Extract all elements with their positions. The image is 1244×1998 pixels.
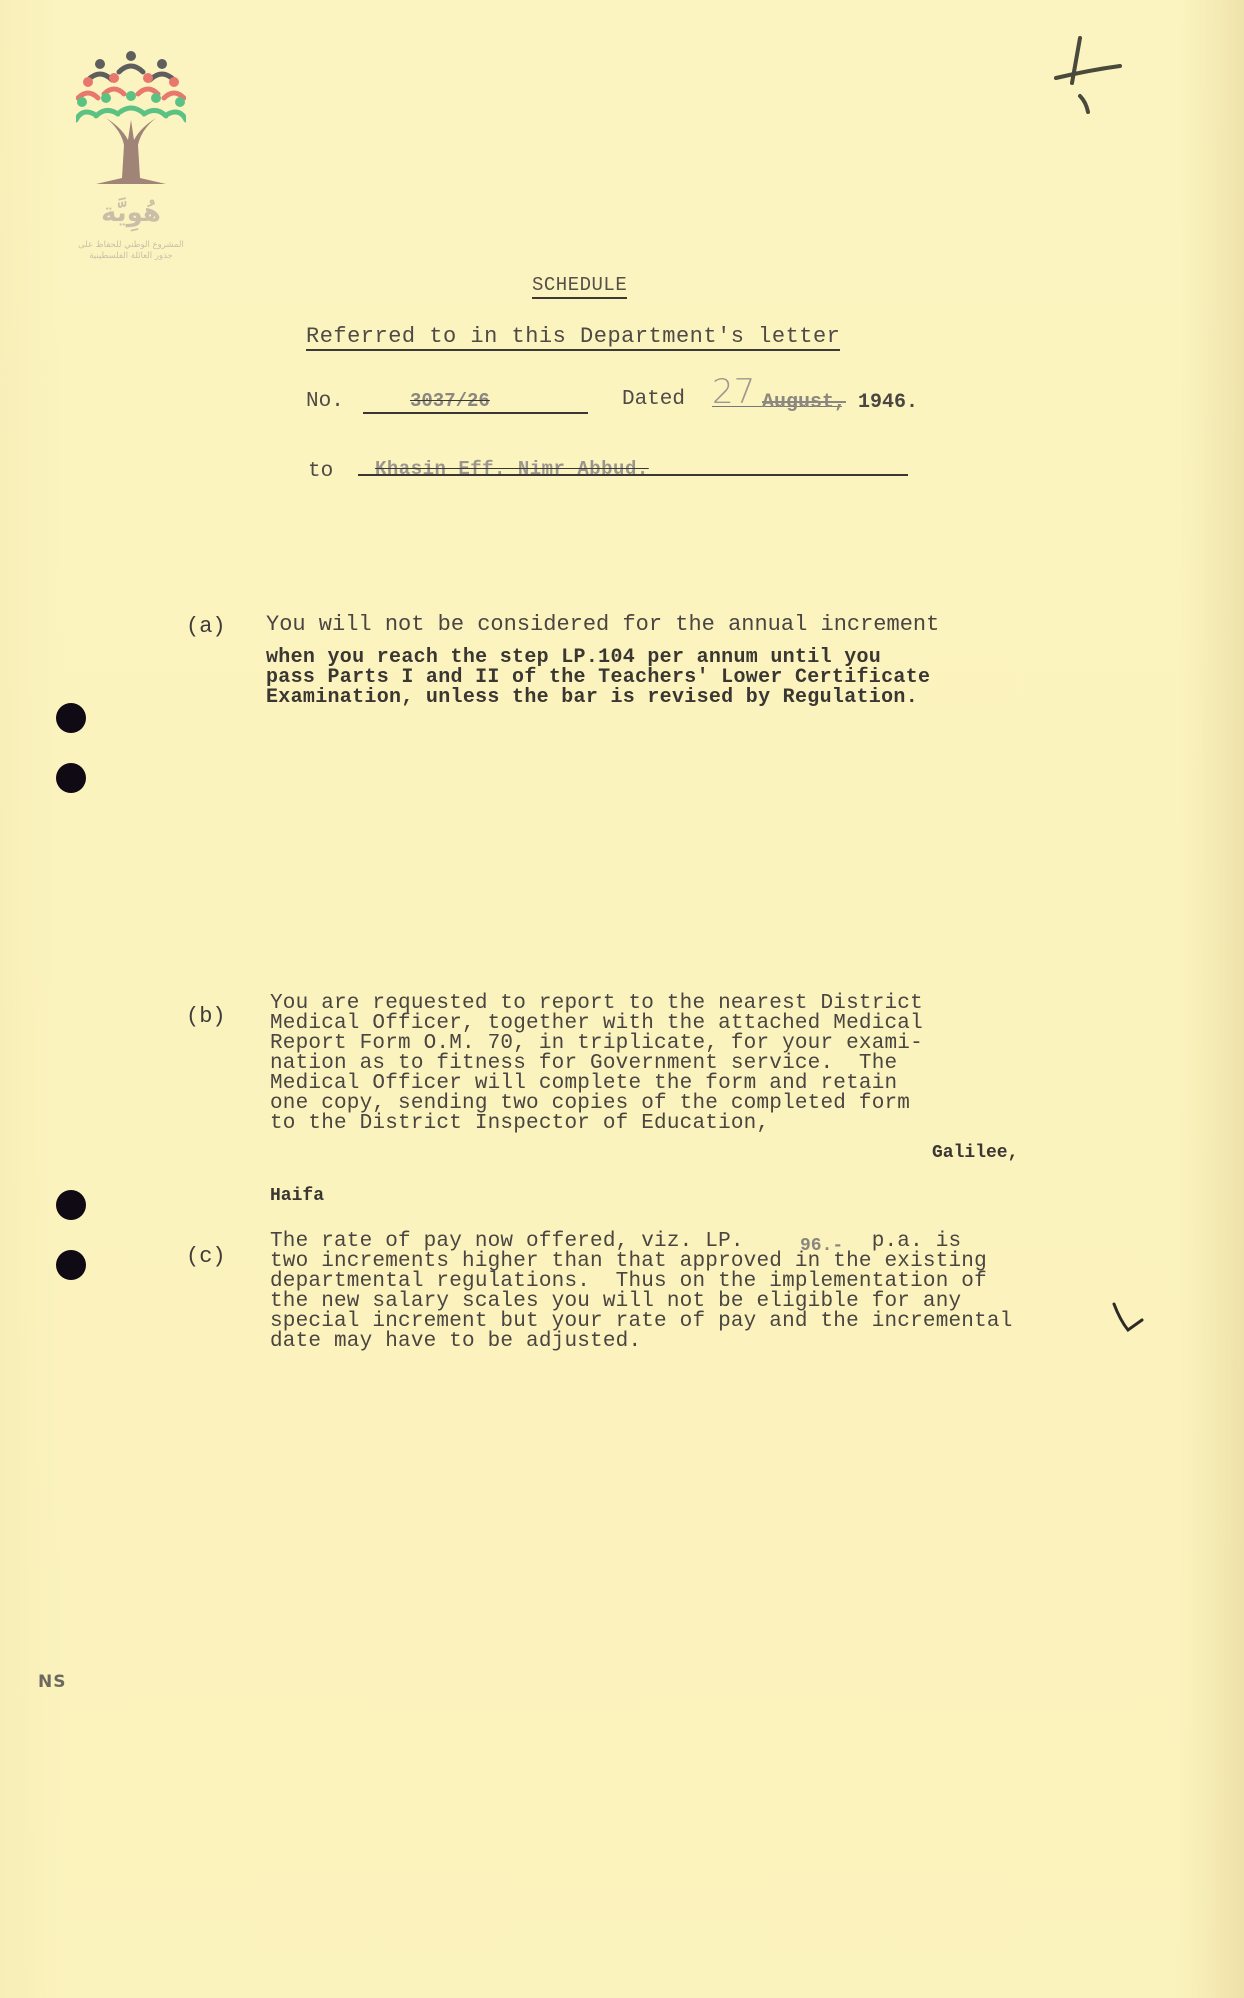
punch-hole-icon xyxy=(56,763,86,793)
punch-hole-icon xyxy=(56,703,86,733)
paragraph-b-line: one copy, sending two copies of the comp… xyxy=(270,1094,923,1114)
dated-struck-month: August, xyxy=(762,391,846,414)
handwritten-tick-icon xyxy=(1108,1300,1148,1340)
paragraph-c-label: (c) xyxy=(186,1244,226,1269)
paragraph-b-line: Medical Officer, together with the attac… xyxy=(270,1014,923,1034)
paragraph-a-bold-line: when you reach the step LP.104 per annum… xyxy=(266,648,930,668)
number-label: No. xyxy=(306,390,344,413)
paragraph-c-line: date may have to be adjusted. xyxy=(270,1332,1013,1352)
paragraph-b-city: Haifa xyxy=(270,1186,324,1206)
paragraph-c-text: The rate of pay now offered, viz. LP. p.… xyxy=(270,1232,1013,1352)
paragraph-b-line: Report Form O.M. 70, in triplicate, for … xyxy=(270,1034,923,1054)
watermark-subtitle-line2: جذور العائلة الفلسطينية xyxy=(66,251,196,261)
number-value: 3037/26 xyxy=(410,390,490,412)
paragraph-b-line: You are requested to report to the neare… xyxy=(270,994,923,1014)
paragraph-a-line: You will not be considered for the annua… xyxy=(266,612,939,637)
paragraph-c-line: the new salary scales you will not be el… xyxy=(270,1292,1013,1312)
paragraph-c-line: two increments higher than that approved… xyxy=(270,1252,1013,1272)
pay-amount: 96.- xyxy=(800,1236,843,1256)
punch-hole-icon xyxy=(56,1250,86,1280)
paragraph-c-line: The rate of pay now offered, viz. LP. p.… xyxy=(270,1232,1013,1252)
paragraph-c-line: departmental regulations. Thus on the im… xyxy=(270,1272,1013,1292)
typist-initials: NS xyxy=(38,1672,66,1692)
recipient-name: Khasin Eff. Nimr Abbud. xyxy=(375,458,649,480)
schedule-heading: SCHEDULE xyxy=(532,274,627,299)
paragraph-b-line: Medical Officer will complete the form a… xyxy=(270,1074,923,1094)
paragraph-a-bold-text: when you reach the step LP.104 per annum… xyxy=(266,648,930,708)
paragraph-a-bold-line: pass Parts I and II of the Teachers' Low… xyxy=(266,668,930,688)
dated-value: August, 1946. xyxy=(762,391,918,414)
to-label: to xyxy=(308,460,333,483)
paragraph-b-label: (b) xyxy=(186,1004,226,1029)
punch-hole-icon xyxy=(56,1190,86,1220)
paragraph-b-line: nation as to fitness for Government serv… xyxy=(270,1054,923,1074)
paragraph-b-district: Galilee, xyxy=(932,1143,1018,1163)
paragraph-b-text: You are requested to report to the neare… xyxy=(270,994,923,1134)
dated-year: 1946. xyxy=(858,391,918,414)
paragraph-c-line: special increment but your rate of pay a… xyxy=(270,1312,1013,1332)
reference-line: Referred to in this Department's letter xyxy=(306,324,840,351)
dated-label: Dated xyxy=(622,388,685,411)
paragraph-a-bold-line: Examination, unless the bar is revised b… xyxy=(266,688,930,708)
family-tree-icon xyxy=(76,50,186,190)
paragraph-a-label: (a) xyxy=(186,614,226,639)
watermark-logo: هُوِيَّة المشروع الوطني للحفاظ على جذور … xyxy=(76,50,186,270)
watermark-title: هُوِيَّة xyxy=(66,198,196,228)
paragraph-b-line: to the District Inspector of Education, xyxy=(270,1114,923,1134)
watermark-subtitle-line1: المشروع الوطني للحفاظ على xyxy=(66,240,196,250)
handwritten-page-mark-icon xyxy=(1050,28,1130,118)
